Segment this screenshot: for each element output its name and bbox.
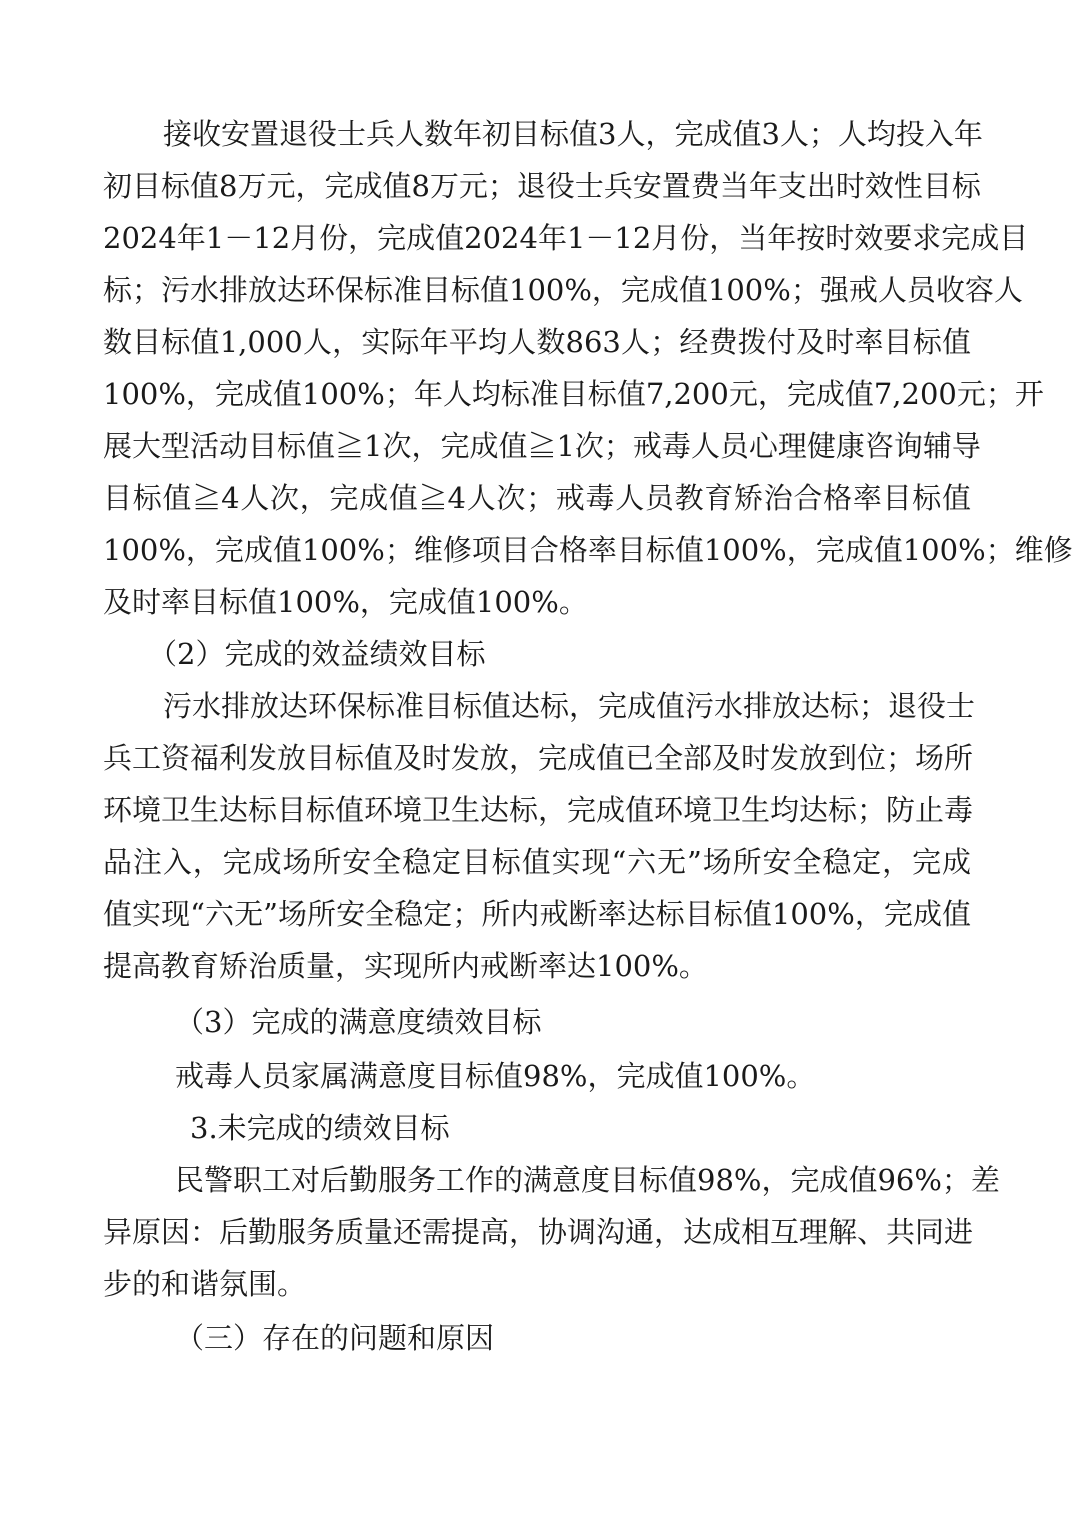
section-heading-satisfaction: （3）完成的满意度绩效目标 [175,1002,775,1042]
paragraph-satisfaction-goals: 戒毒人员家属满意度目标值98%，完成值100%。 [175,1056,971,1096]
text-line: 异原因：后勤服务质量还需提高，协调沟通，达成相互理解、共同进 [103,1212,971,1252]
document-page: 接收安置退役士兵人数年初目标值3人，完成值3人；人均投入年 初目标值8万元，完成… [0,0,1074,1520]
text-line: 兵工资福利发放目标值及时发放，完成值已全部及时发放到位；场所 [103,738,971,778]
section-heading-problems: （三）存在的问题和原因 [175,1318,775,1358]
text-line: 100%，完成值100%；年人均标准目标值7,200元，完成值7,200元；开 [103,374,971,414]
text-line: 值实现“六无”场所安全稳定；所内戒断率达标目标值100%，完成值 [103,894,971,934]
text-line: 及时率目标值100%，完成值100%。 [103,582,971,622]
text-line: 提高教育矫治质量，实现所内戒断率达100%。 [103,946,971,986]
text-line: 100%，完成值100%；维修项目合格率目标值100%，完成值100%；维修 [103,530,971,570]
text-line: 步的和谐氛围。 [103,1264,971,1304]
text-line: 初目标值8万元，完成值8万元；退役士兵安置费当年支出时效性目标 [103,166,971,206]
section-heading-benefit: （2）完成的效益绩效目标 [148,634,748,674]
text-line: 目标值≧4人次，完成值≧4人次；戒毒人员教育矫治合格率目标值 [103,478,971,518]
text-line: 品注入，完成场所安全稳定目标值实现“六无”场所安全稳定，完成 [103,842,971,882]
text-line: 环境卫生达标目标值环境卫生达标，完成值环境卫生均达标；防止毒 [103,790,971,830]
section-heading-unmet: 3.未完成的绩效目标 [190,1108,790,1148]
text-line: 数目标值1,000人，实际年平均人数863人；经费拨付及时率目标值 [103,322,971,362]
text-line: 接收安置退役士兵人数年初目标值3人，完成值3人；人均投入年 [163,114,971,154]
text-line: 2024年1－12月份，完成值2024年1－12月份，当年按时效要求完成目 [103,218,971,258]
text-line: 污水排放达环保标准目标值达标，完成值污水排放达标；退役士 [163,686,971,726]
text-line: 展大型活动目标值≧1次，完成值≧1次；戒毒人员心理健康咨询辅导 [103,426,971,466]
text-line: 民警职工对后勤服务工作的满意度目标值98%，完成值96%；差 [175,1160,971,1200]
text-line: 标；污水排放达环保标准目标值100%，完成值100%；强戒人员收容人 [103,270,971,310]
